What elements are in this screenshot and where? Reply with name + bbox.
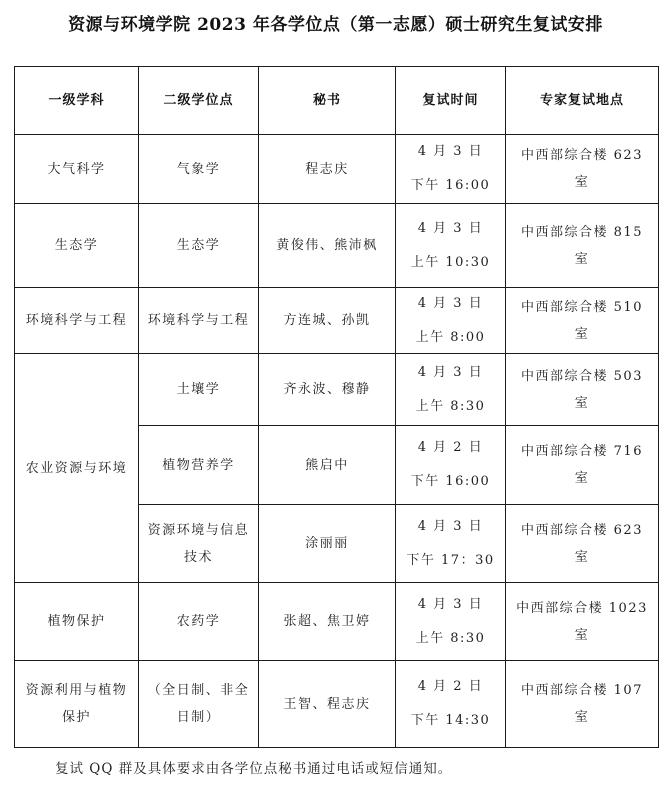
cell-location: 中西部综合楼 623 室	[506, 505, 659, 583]
cell-degree-point: 生态学	[139, 204, 259, 288]
interview-hour: 上午 8:30	[416, 631, 486, 647]
interview-date: 4 月 3 日	[418, 365, 483, 381]
table-row: 环境科学与工程 环境科学与工程 方连城、孙凯 4 月 3 日 上午 8:00 中…	[15, 288, 659, 354]
cell-secretary: 张超、焦卫婷	[259, 583, 396, 661]
table-row: 大气科学 气象学 程志庆 4 月 3 日 下午 16:00 中西部综合楼 623…	[15, 135, 659, 204]
header-interview-time: 复试时间	[396, 67, 506, 135]
interview-hour: 上午 10:30	[411, 255, 491, 271]
interview-date: 4 月 2 日	[418, 679, 483, 695]
cell-location: 中西部综合楼 815 室	[506, 204, 659, 288]
interview-hour: 下午 16:00	[411, 474, 491, 490]
cell-interview-time: 4 月 3 日 下午 17：30	[396, 505, 506, 583]
cell-secretary: 熊启中	[259, 426, 396, 505]
interview-date: 4 月 3 日	[418, 221, 483, 237]
cell-interview-time: 4 月 3 日 上午 8:30	[396, 583, 506, 661]
cell-secretary: 王智、程志庆	[259, 661, 396, 748]
cell-degree-point: 植物营养学	[139, 426, 259, 505]
interview-hour: 下午 17：30	[406, 553, 494, 569]
interview-hour: 下午 16:00	[411, 178, 491, 194]
cell-discipline: 大气科学	[15, 135, 139, 204]
interview-date: 4 月 3 日	[418, 597, 483, 613]
document-page: 资源与环境学院 2023 年各学位点（第一志愿）硕士研究生复试安排 一级学科 二…	[0, 0, 671, 789]
cell-secretary: 涂丽丽	[259, 505, 396, 583]
cell-discipline: 资源利用与植物保护	[15, 661, 139, 748]
table-header-row: 一级学科 二级学位点 秘书 复试时间 专家复试地点	[15, 67, 659, 135]
cell-location: 中西部综合楼 716 室	[506, 426, 659, 505]
cell-interview-time: 4 月 3 日 下午 16:00	[396, 135, 506, 204]
cell-location: 中西部综合楼 510 室	[506, 288, 659, 354]
header-discipline: 一级学科	[15, 67, 139, 135]
interview-date: 4 月 3 日	[418, 519, 483, 535]
cell-secretary: 程志庆	[259, 135, 396, 204]
cell-secretary: 黄俊伟、熊沛枫	[259, 204, 396, 288]
cell-interview-time: 4 月 3 日 上午 10:30	[396, 204, 506, 288]
interview-date: 4 月 2 日	[418, 440, 483, 456]
cell-location: 中西部综合楼 503 室	[506, 354, 659, 426]
cell-discipline: 生态学	[15, 204, 139, 288]
footer-note: 复试 QQ 群及具体要求由各学位点秘书通过电话或短信通知。	[55, 757, 452, 777]
header-degree-point: 二级学位点	[139, 67, 259, 135]
cell-degree-point: 农药学	[139, 583, 259, 661]
cell-location: 中西部综合楼 107 室	[506, 661, 659, 748]
cell-interview-time: 4 月 3 日 上午 8:30	[396, 354, 506, 426]
interview-schedule-table: 一级学科 二级学位点 秘书 复试时间 专家复试地点 大气科学 气象学 程志庆 4…	[14, 66, 659, 748]
cell-location: 中西部综合楼 623 室	[506, 135, 659, 204]
table-row: 资源利用与植物保护 （全日制、非全日制） 王智、程志庆 4 月 2 日 下午 1…	[15, 661, 659, 748]
cell-degree-point: 气象学	[139, 135, 259, 204]
cell-discipline: 植物保护	[15, 583, 139, 661]
cell-location: 中西部综合楼 1023 室	[506, 583, 659, 661]
cell-discipline-merged: 农业资源与环境	[15, 354, 139, 583]
document-title: 资源与环境学院 2023 年各学位点（第一志愿）硕士研究生复试安排	[0, 10, 671, 35]
cell-degree-point: 资源环境与信息技术	[139, 505, 259, 583]
cell-secretary: 方连城、孙凯	[259, 288, 396, 354]
interview-hour: 下午 14:30	[411, 713, 491, 729]
cell-interview-time: 4 月 2 日 下午 14:30	[396, 661, 506, 748]
interview-date: 4 月 3 日	[418, 144, 483, 160]
header-secretary: 秘书	[259, 67, 396, 135]
interview-hour: 上午 8:30	[416, 399, 486, 415]
table-row: 植物保护 农药学 张超、焦卫婷 4 月 3 日 上午 8:30 中西部综合楼 1…	[15, 583, 659, 661]
header-location: 专家复试地点	[506, 67, 659, 135]
interview-date: 4 月 3 日	[418, 296, 483, 312]
cell-interview-time: 4 月 3 日 上午 8:00	[396, 288, 506, 354]
interview-hour: 上午 8:00	[416, 330, 486, 346]
table-row: 生态学 生态学 黄俊伟、熊沛枫 4 月 3 日 上午 10:30 中西部综合楼 …	[15, 204, 659, 288]
cell-discipline: 环境科学与工程	[15, 288, 139, 354]
cell-degree-point: 土壤学	[139, 354, 259, 426]
cell-degree-point: 环境科学与工程	[139, 288, 259, 354]
table-row: 农业资源与环境 土壤学 齐永波、穆静 4 月 3 日 上午 8:30 中西部综合…	[15, 354, 659, 426]
cell-degree-point: （全日制、非全日制）	[139, 661, 259, 748]
cell-interview-time: 4 月 2 日 下午 16:00	[396, 426, 506, 505]
cell-secretary: 齐永波、穆静	[259, 354, 396, 426]
